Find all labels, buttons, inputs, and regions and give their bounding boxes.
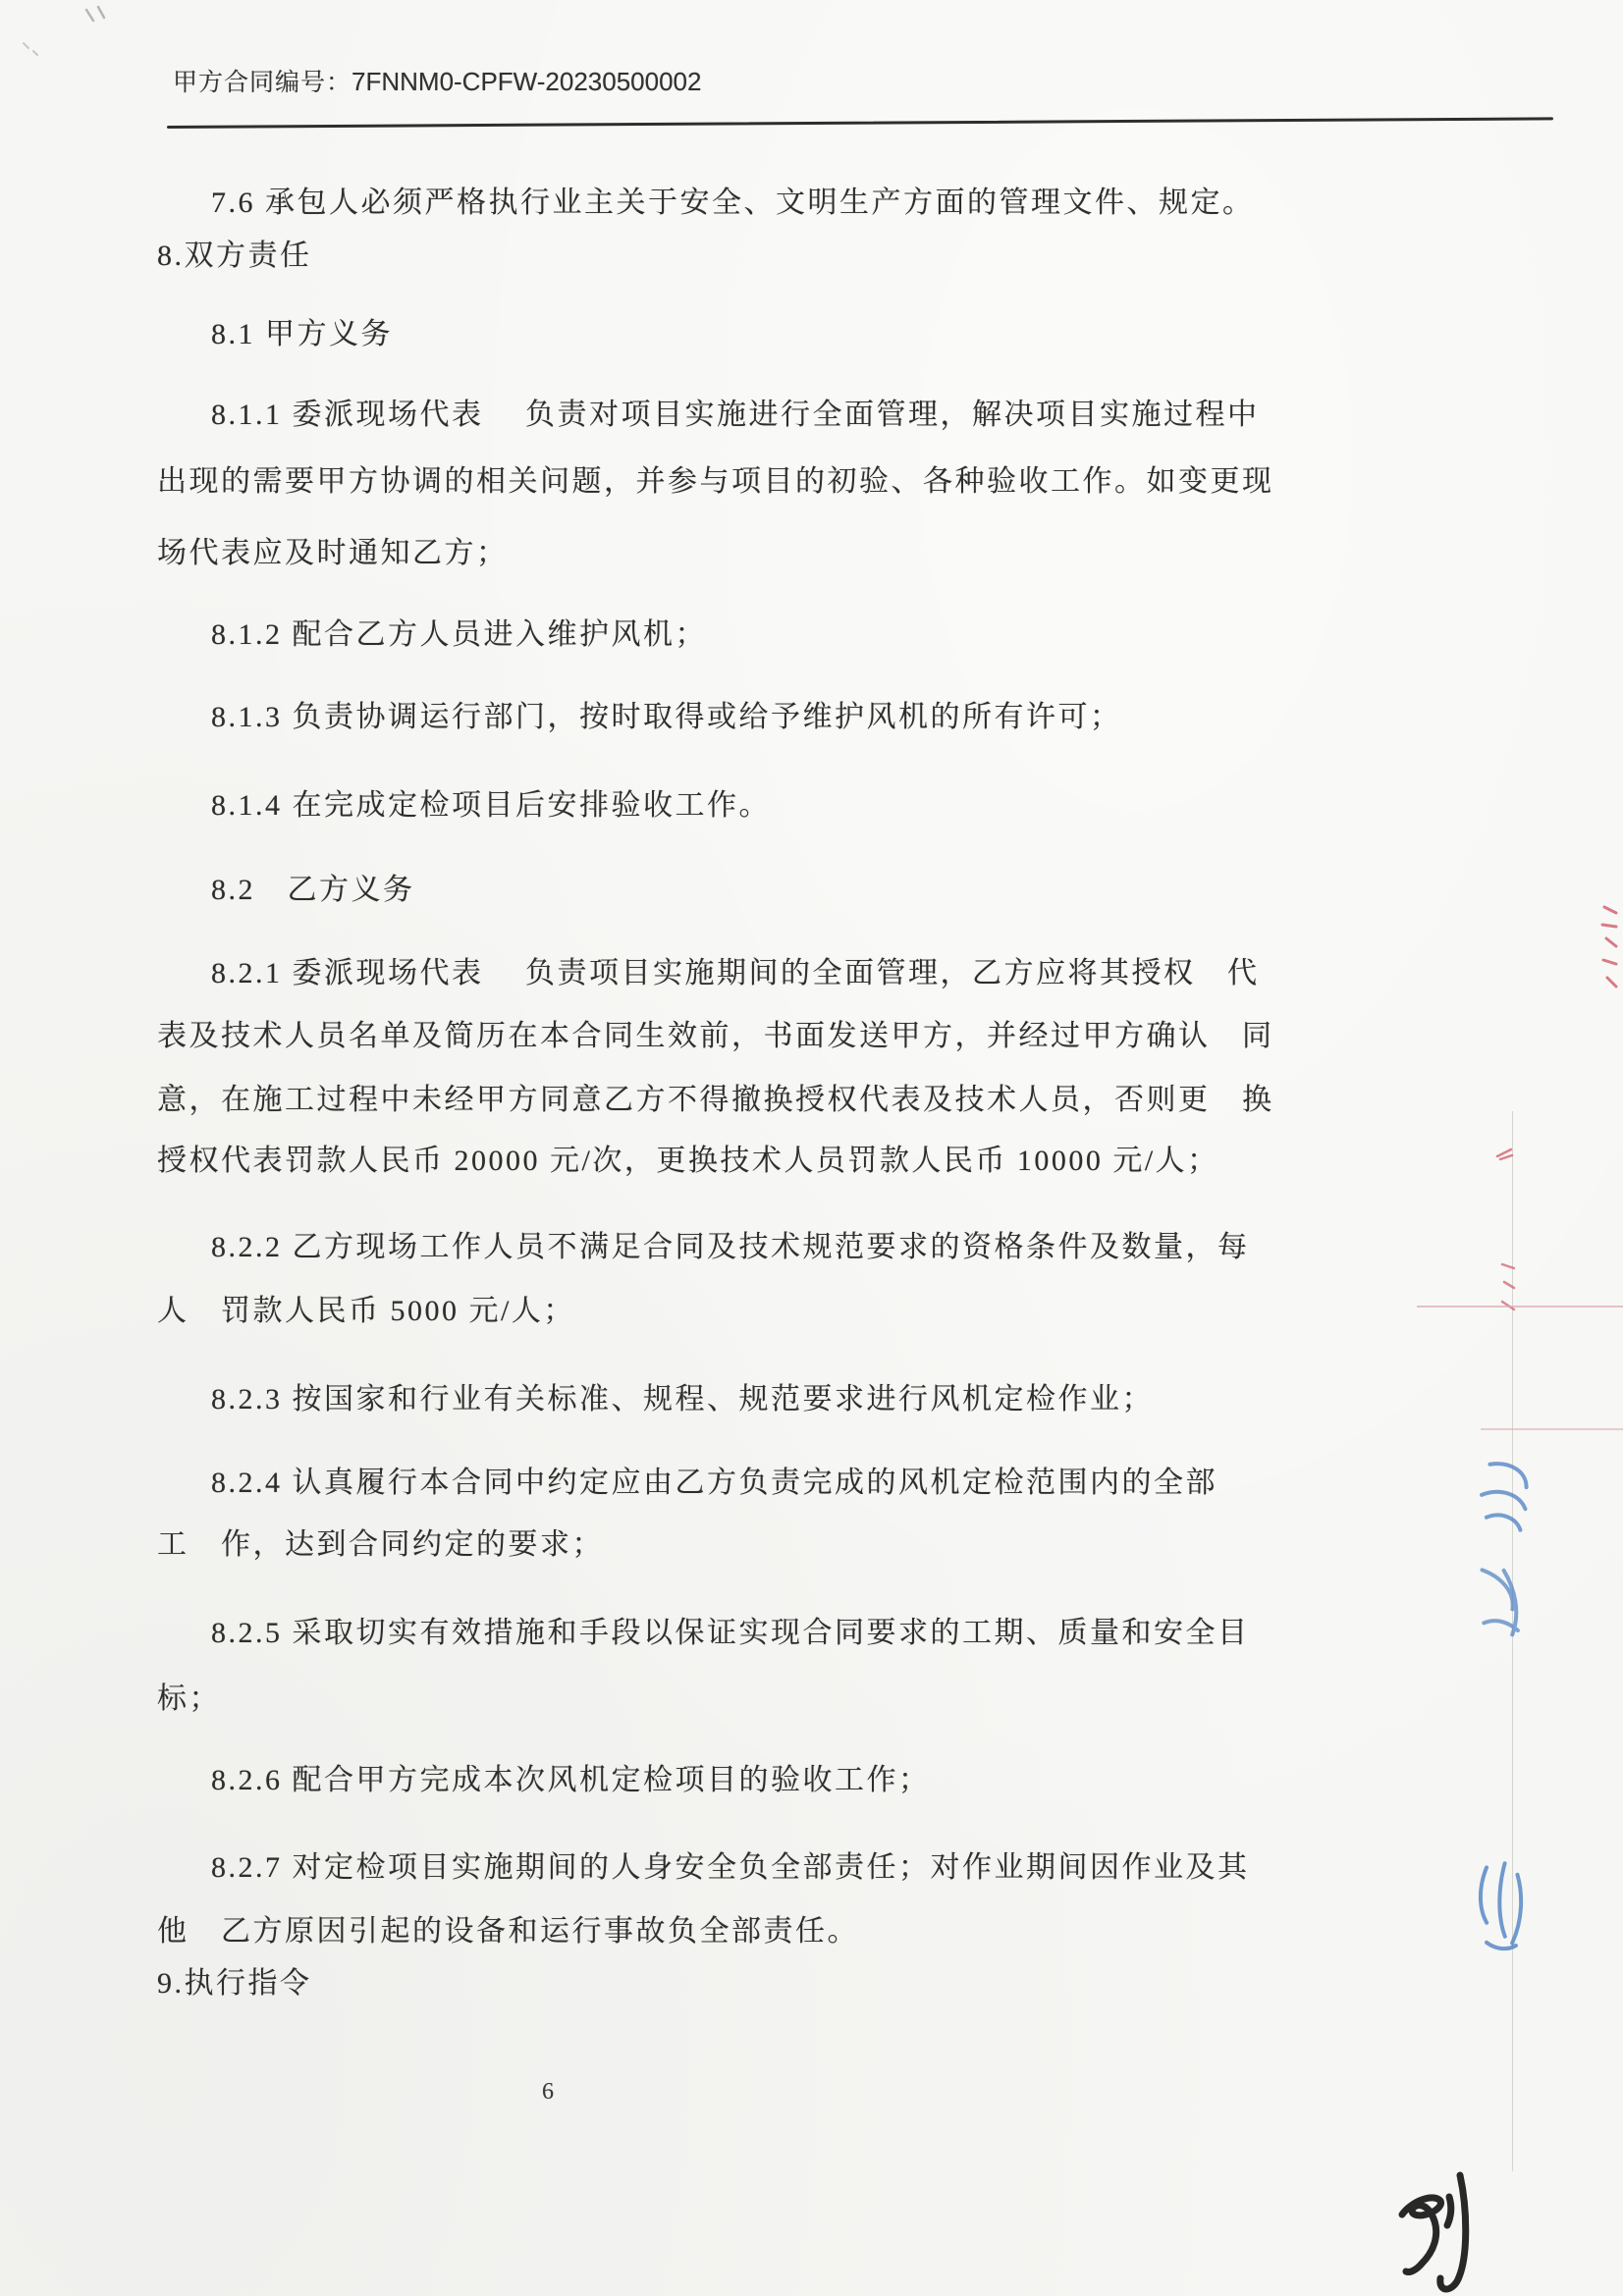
clause-8-2-title: 8.2 乙方义务 xyxy=(211,872,415,909)
clause-8-2-1-line4: 授权代表罚款人民币 20000 元/次，更换技术人员罚款人民币 10000 元/… xyxy=(157,1143,1219,1180)
section-9-title: 9.执行指令 xyxy=(157,1965,312,2002)
red-seal-fragment-mid xyxy=(1498,1258,1518,1319)
contract-number-value: 7FNNM0-CPFW-20230500002 xyxy=(352,67,701,96)
red-underline-artifact-2 xyxy=(1481,1428,1623,1430)
contract-number-label: 甲方合同编号： xyxy=(173,70,352,96)
blue-seal-fragment-2 xyxy=(1474,1561,1531,1646)
clause-8-2-4-line1: 8.2.4 认真履行本合同中约定应由乙方负责完成的风机定检范围内的全部 xyxy=(211,1465,1217,1502)
clause-8-2-7-line1: 8.2.7 对定检项目实施期间的人身安全负全部责任；对作业期间因作业及其 xyxy=(211,1849,1250,1887)
handwritten-signature-liu xyxy=(1398,2171,1477,2296)
red-seal-fragment-top xyxy=(1598,903,1623,1001)
clause-8-2-3: 8.2.3 按国家和行业有关标准、规程、规范要求进行风机定检作业； xyxy=(211,1381,1154,1418)
clause-8-2-2-line2: 人 罚款人民币 5000 元/人； xyxy=(157,1293,575,1330)
clause-8-1-1-line3: 场代表应及时通知乙方； xyxy=(157,535,509,572)
clause-7-6: 7.6 承包人必须严格执行业主关于安全、文明生产方面的管理文件、规定。 xyxy=(211,185,1255,222)
clause-8-2-4-line2: 工 作，达到合同约定的要求； xyxy=(157,1526,604,1564)
clause-8-2-5-line1: 8.2.5 采取切实有效措施和手段以保证实现合同要求的工期、质量和安全目 xyxy=(211,1615,1250,1652)
red-seal-fragment-small xyxy=(1494,1145,1516,1162)
clause-8-1-1-line2: 出现的需要甲方协调的相关问题，并参与项目的初验、各种验收工作。如变更现 xyxy=(157,463,1274,501)
pencil-marks-top-left xyxy=(14,2,122,65)
clause-8-2-7-line2: 他 乙方原因引起的设备和运行事故负全部责任。 xyxy=(157,1913,859,1950)
blue-seal-fragment-1 xyxy=(1469,1455,1538,1552)
clause-8-1-2: 8.1.2 配合乙方人员进入维护风机； xyxy=(211,616,707,654)
contract-document-page: 甲方合同编号：7FNNM0-CPFW-20230500002 7.6 承包人必须… xyxy=(0,0,1623,2296)
section-8-title: 8.双方责任 xyxy=(157,238,312,275)
clause-8-1-title: 8.1 甲方义务 xyxy=(211,316,393,353)
clause-8-1-4: 8.1.4 在完成定检项目后安排验收工作。 xyxy=(211,787,771,825)
clause-8-2-2-line1: 8.2.2 乙方现场工作人员不满足合同及技术规范要求的资格条件及数量，每 xyxy=(211,1229,1250,1266)
header-contract-number: 甲方合同编号：7FNNM0-CPFW-20230500002 xyxy=(173,63,701,98)
clause-8-2-1-line1: 8.2.1 委派现场代表 负责项目实施期间的全面管理，乙方应将其授权 代 xyxy=(211,955,1260,992)
header-divider-line xyxy=(167,117,1553,129)
clause-8-2-1-line2: 表及技术人员名单及简历在本合同生效前，书面发送甲方，并经过甲方确认 同 xyxy=(157,1018,1274,1055)
clause-8-2-5-line2: 标； xyxy=(157,1681,221,1718)
blue-seal-fragment-3 xyxy=(1466,1856,1533,1956)
clause-8-1-1-line1: 8.1.1 委派现场代表 负责对项目实施进行全面管理，解决项目实施过程中 xyxy=(211,397,1260,434)
clause-8-2-1-line3: 意，在施工过程中未经甲方同意乙方不得撤换授权代表及技术人员，否则更 换 xyxy=(157,1082,1274,1119)
page-number: 6 xyxy=(542,2079,554,2106)
clause-8-1-3: 8.1.3 负责协调运行部门，按时取得或给予维护风机的所有许可； xyxy=(211,699,1122,736)
clause-8-2-6: 8.2.6 配合甲方完成本次风机定检项目的验收工作； xyxy=(211,1762,931,1799)
red-underline-artifact-1 xyxy=(1417,1306,1623,1308)
